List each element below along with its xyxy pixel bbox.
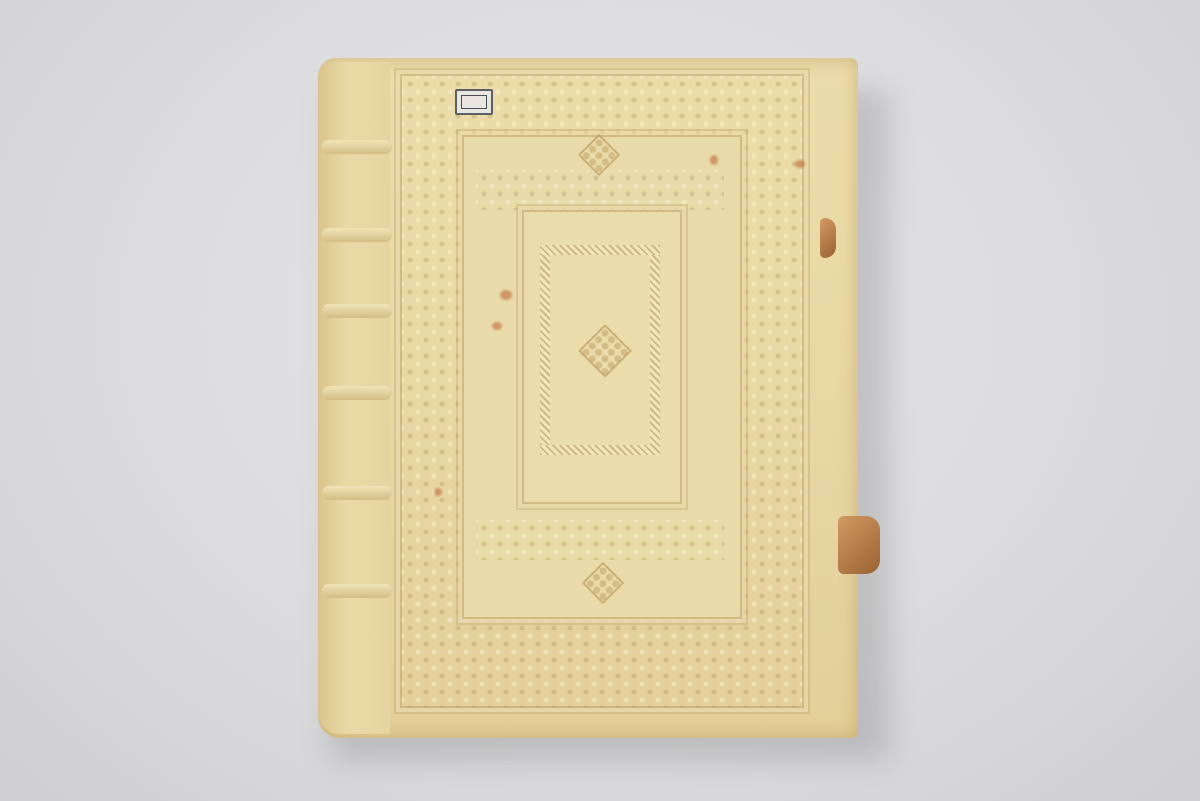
ornament-band-top [476,170,724,210]
hatched-border-bottom [540,445,660,455]
stain [500,290,512,300]
spine-band [322,486,392,500]
hatched-border-right [650,255,660,445]
upper-clasp [820,218,836,258]
spine-band [322,304,392,318]
ornament-band-bottom [476,520,724,560]
hatched-border-top [540,245,660,255]
stain [492,322,502,330]
hatched-border-left [540,255,550,445]
stain [434,488,442,496]
spine-band [322,140,392,154]
spine-band [322,386,392,400]
stain [710,155,718,165]
lower-clasp [838,516,880,574]
stain [795,160,805,168]
shelf-label [455,89,493,115]
spine-band [322,584,392,598]
spine-band [322,228,392,242]
